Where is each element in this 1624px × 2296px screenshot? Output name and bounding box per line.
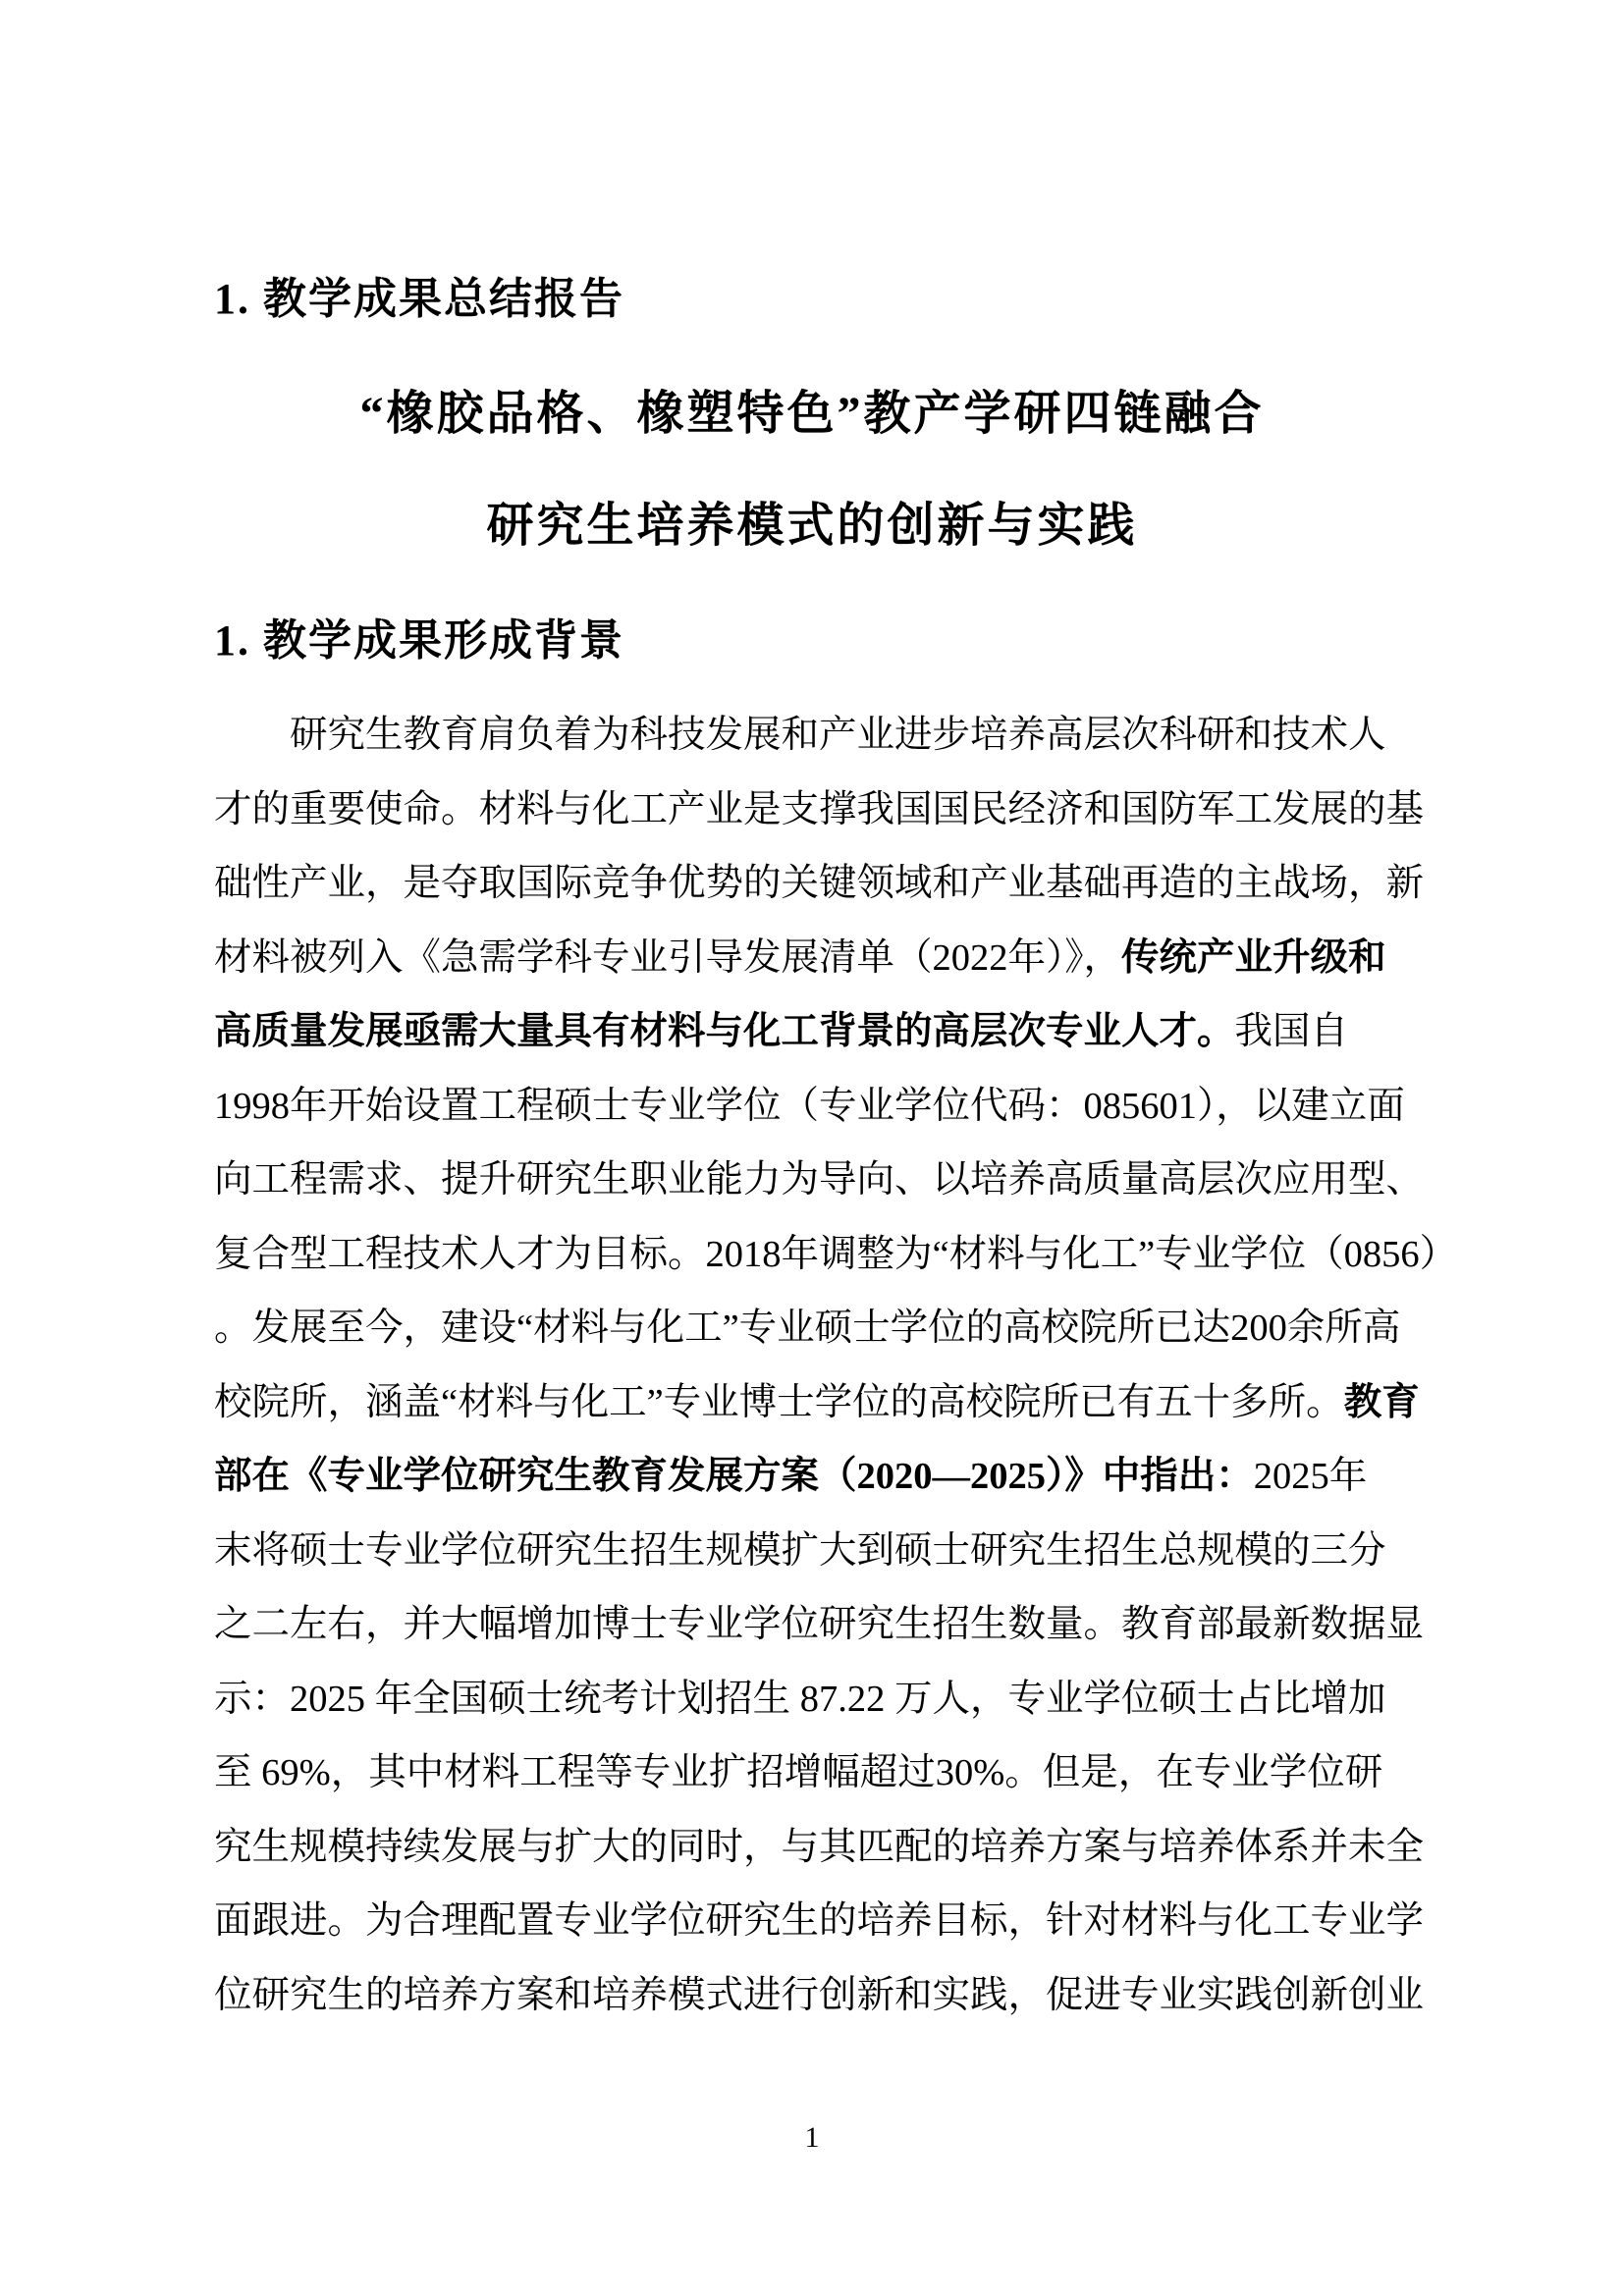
bold-text-run: 传统产业升级和 [1121, 937, 1386, 979]
text-run: 末将硕士专业学位研究生招生规模扩大到硕士研究生招生总规模的三分 [214, 1530, 1386, 1572]
body-line: 究生规模持续发展与扩大的同时，与其匹配的培养方案与培养体系并未全 [214, 1811, 1428, 1886]
bold-text-run: 教育 [1344, 1382, 1420, 1423]
text-run: 之二左右，并大幅增加博士专业学位研究生招生数量。教育部最新数据显 [214, 1604, 1424, 1645]
text-run: 位研究生的培养方案和培养模式进行创新和实践，促进专业实践创新创业 [214, 1975, 1424, 2016]
body-line: 材料被列入《急需学科专业引导发展清单（2022年）》，传统产业升级和 [214, 922, 1428, 996]
body-line: 复合型工程技术人才为目标。2018年调整为“材料与化工”专业学位（0856） [214, 1218, 1428, 1293]
bold-text-run: 部在《专业学位研究生教育发展方案（2020—2025）》中指出： [214, 1456, 1254, 1497]
body-line: 示：2025 年全国硕士统考计划招生 87.22 万人，专业学位硕士占比增加 [214, 1663, 1428, 1737]
text-run: 究生规模持续发展与扩大的同时，与其匹配的培养方案与培养体系并未全 [214, 1827, 1424, 1868]
text-run: 向工程需求、提升研究生职业能力为导向、以培养高质量高层次应用型、 [214, 1159, 1424, 1201]
report-heading: 1. 教学成果总结报告 [214, 263, 624, 326]
body-line: 向工程需求、提升研究生职业能力为导向、以培养高质量高层次应用型、 [214, 1144, 1428, 1218]
text-run: 。发展至今，建设“材料与化工”专业硕士学位的高校院所已达200余所高 [214, 1308, 1400, 1349]
bold-text-run: 高质量发展亟需大量具有材料与化工背景的高层次专业人才。 [214, 1011, 1235, 1052]
text-run: 1998年开始设置工程硕士专业学位（专业学位代码：085601），以建立面 [214, 1086, 1405, 1127]
body-line: 部在《专业学位研究生教育发展方案（2020—2025）》中指出：2025年 [214, 1440, 1428, 1515]
text-run: 才的重要使命。材料与化工产业是支撑我国国民经济和国防军工发展的基 [214, 789, 1424, 830]
section-heading-background: 1. 教学成果形成背景 [214, 605, 624, 667]
text-run: 校院所，涵盖“材料与化工”专业博士学位的高校院所已有五十多所。 [214, 1382, 1344, 1423]
body-line: 高质量发展亟需大量具有材料与化工背景的高层次专业人才。我国自 [214, 995, 1428, 1070]
text-run: 复合型工程技术人才为目标。2018年调整为“材料与化工”专业学位（0856） [214, 1234, 1457, 1275]
body-line: 至 69%，其中材料工程等专业扩招增幅超过30%。但是，在专业学位研 [214, 1736, 1428, 1811]
text-run: 至 69%，其中材料工程等专业扩招增幅超过30%。但是，在专业学位研 [214, 1752, 1382, 1793]
document-title-line2: 研究生培养模式的创新与实践 [0, 487, 1624, 555]
text-run: 材料被列入《急需学科专业引导发展清单（2022年）》， [214, 937, 1121, 979]
text-run: 研究生教育肩负着为科技发展和产业进步培养高层次科研和技术人 [214, 715, 1386, 756]
body-line: 础性产业，是夺取国际竞争优势的关键领域和产业基础再造的主战场，新 [214, 847, 1428, 922]
body-line: 。发展至今，建设“材料与化工”专业硕士学位的高校院所已达200余所高 [214, 1292, 1428, 1366]
body-line: 位研究生的培养方案和培养模式进行创新和实践，促进专业实践创新创业 [214, 1959, 1428, 2034]
text-run: 示：2025 年全国硕士统考计划招生 87.22 万人，专业学位硕士占比增加 [214, 1679, 1386, 1720]
text-run: 础性产业，是夺取国际竞争优势的关键领域和产业基础再造的主战场，新 [214, 863, 1424, 904]
body-line: 之二左右，并大幅增加博士专业学位研究生招生数量。教育部最新数据显 [214, 1588, 1428, 1663]
body-paragraph: 研究生教育肩负着为科技发展和产业进步培养高层次科研和技术人才的重要使命。材料与化… [214, 699, 1428, 2033]
document-title-line1: “橡胶品格、橡塑特色”教产学研四链融合 [0, 375, 1624, 443]
body-line: 研究生教育肩负着为科技发展和产业进步培养高层次科研和技术人 [214, 699, 1428, 774]
text-run: 我国自 [1235, 1011, 1349, 1052]
body-line: 末将硕士专业学位研究生招生规模扩大到硕士研究生招生总规模的三分 [214, 1515, 1428, 1589]
body-line: 1998年开始设置工程硕士专业学位（专业学位代码：085601），以建立面 [214, 1070, 1428, 1145]
document-page: 1. 教学成果总结报告 “橡胶品格、橡塑特色”教产学研四链融合 研究生培养模式的… [0, 0, 1624, 2296]
text-run: 2025年 [1254, 1456, 1368, 1497]
body-line: 才的重要使命。材料与化工产业是支撑我国国民经济和国防军工发展的基 [214, 774, 1428, 848]
body-line: 校院所，涵盖“材料与化工”专业博士学位的高校院所已有五十多所。教育 [214, 1366, 1428, 1441]
body-line: 面跟进。为合理配置专业学位研究生的培养目标，针对材料与化工专业学 [214, 1885, 1428, 1959]
page-number: 1 [0, 2118, 1624, 2158]
text-run: 面跟进。为合理配置专业学位研究生的培养目标，针对材料与化工专业学 [214, 1900, 1424, 1942]
